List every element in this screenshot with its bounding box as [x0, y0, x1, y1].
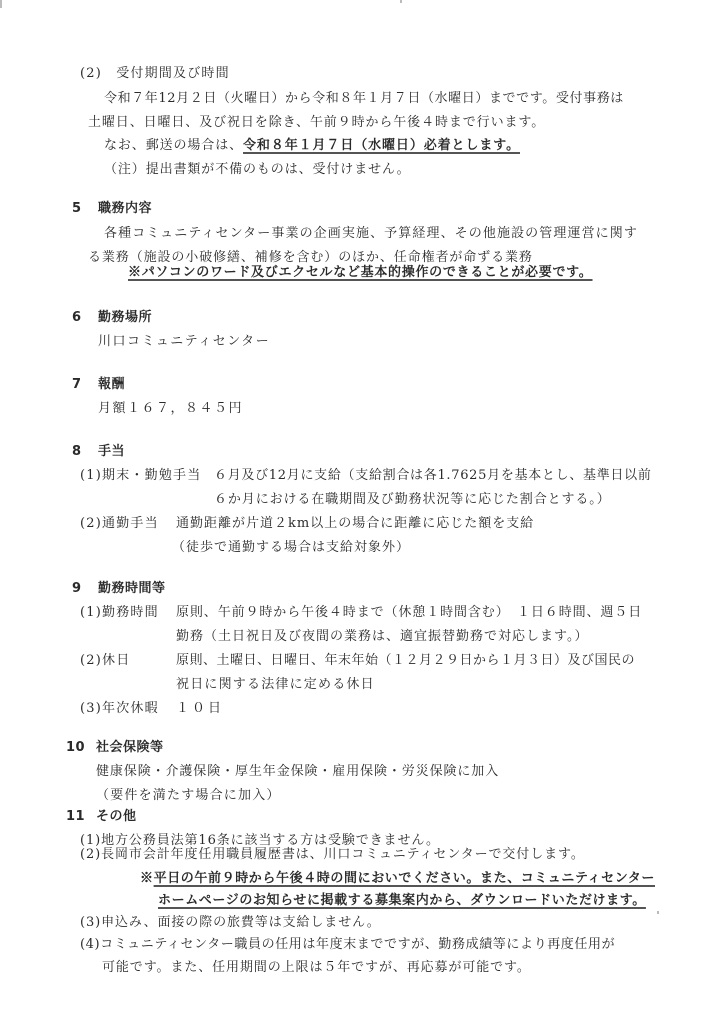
sec8-item1-line2: ６か月における在職期間及び勤務状況等に応じた割合とする。） — [214, 491, 611, 508]
sec8-item2-line1: 通勤距離が片道２km以上の場合に距離に応じた額を支給 — [176, 515, 534, 532]
sec9-item1-line2: 勤務（土日祝日及び夜間の業務は、適宜振替勤務で対応します。） — [176, 628, 588, 645]
sec4-2-deadline-emphasis: 令和８年１月７日（水曜日）必着とします。 — [243, 138, 520, 153]
sec8-item2-label: (2)通勤手当 — [80, 515, 159, 532]
sec9-item1-line1: 原則、午前９時から午後４時まで（休憩１時間含む） １日６時間、週５日 — [176, 604, 642, 621]
sec7-title: 報酬 — [98, 377, 125, 392]
scan-speck — [657, 911, 659, 914]
sec11-item2-note-line1: ※平日の午前９時から午後４時の間においでください。また、コミュニティセンター — [140, 870, 655, 887]
sec10-title: 社会保険等 — [96, 740, 164, 755]
sec9-item2-label: (2)休日 — [80, 652, 130, 669]
sec5-pc-skill-emphasis: ※パソコンのワード及びエクセルなど基本的操作のできることが必要です。 — [128, 264, 593, 281]
download-note-emphasis-1: 平日の午前９時から午後４時の間においでください。また、コミュニティセンター — [154, 871, 655, 886]
sec9-item1-label: (1)勤務時間 — [80, 604, 159, 621]
sec5-number: 5 — [72, 200, 98, 217]
sec6-title: 勤務場所 — [98, 310, 152, 325]
sec8-item2-line2: （徒歩で通勤する場合は支給対象外） — [172, 539, 410, 556]
sec11-item3: (3)申込み、面接の際の旅費等は支給しません。 — [80, 914, 381, 931]
sec9-item2-line2: 祝日に関する法律に定める休日 — [176, 676, 375, 693]
sec9-item3-label: (3)年次休暇 — [80, 700, 159, 717]
sec6-heading: 6勤務場所 — [72, 309, 152, 326]
scan-speck — [0, 0, 2, 8]
sec4-2-heading: (2) 受付期間及び時間 — [80, 65, 230, 82]
download-note-emphasis-2: ホームページのお知らせに掲載する募集案内から、ダウンロードいただけます。 — [158, 892, 646, 909]
sec5-line1: 各種コミュニティセンター事業の企画実施、予算経理、その他施設の管理運営に関す — [104, 225, 638, 242]
sec8-item1-line1: ６月及び12月に支給（支給割合は各1.7625月を基本とし、基準日以前 — [214, 467, 652, 484]
sec11-item2: (2)長岡市会計年度任用職員履歴書は、川口コミュニティセンターで交付します。 — [80, 846, 585, 863]
note-mark: ※ — [140, 871, 154, 886]
sec5-heading: 5職務内容 — [72, 200, 152, 217]
sec8-number: 8 — [72, 443, 98, 460]
sec9-item2-line1: 原則、土曜日、日曜日、年末年始（１２月２９日から１月３日）及び国民の — [176, 652, 635, 669]
sec11-number: 11 — [66, 808, 96, 825]
sec7-body: 月額１６７，８４５円 — [98, 400, 243, 417]
sec10-line1: 健康保険・介護保険・厚生年金保険・雇用保険・労災保険に加入 — [96, 763, 499, 780]
scan-speck — [400, 0, 402, 3]
sec8-heading: 8手当 — [72, 443, 125, 460]
sec4-2-line1: 令和７年12月２日（火曜日）から令和８年１月７日（水曜日）までです。受付事務は — [104, 90, 624, 107]
sec6-number: 6 — [72, 309, 98, 326]
sec10-heading: 10社会保険等 — [66, 739, 164, 756]
sec9-number: 9 — [72, 580, 98, 597]
sec4-2-line3: なお、郵送の場合は、令和８年１月７日（水曜日）必着とします。 — [104, 137, 520, 154]
sec10-number: 10 — [66, 739, 96, 756]
sec7-number: 7 — [72, 376, 98, 393]
sec9-title: 勤務時間等 — [98, 581, 166, 596]
sec11-item4-line2: 可能です。また、任用期間の上限は５年ですが、再応募が可能です。 — [102, 959, 531, 976]
sec11-title: その他 — [96, 809, 137, 824]
sec7-heading: 7報酬 — [72, 376, 125, 393]
sec4-2-note: （注）提出書類が不備のものは、受付けません。 — [104, 161, 411, 178]
sec4-2-line3-prefix: なお、郵送の場合は、 — [104, 138, 243, 153]
sec10-line2: （要件を満たす場合に加入） — [96, 787, 281, 804]
sec11-heading: 11その他 — [66, 808, 137, 825]
sec9-heading: 9勤務時間等 — [72, 580, 166, 597]
sec4-2-line2: 土曜日、日曜日、及び祝日を除き、午前９時から午後４時まで行います。 — [88, 114, 545, 131]
sec8-title: 手当 — [98, 444, 125, 459]
sec5-title: 職務内容 — [98, 201, 152, 216]
sec8-item1-label: (1)期末・勤勉手当 — [80, 467, 201, 484]
sec9-item3-line1: １０日 — [176, 700, 224, 717]
sec11-item4-line1: (4)コミュニティセンター職員の任用は年度末までですが、勤務成績等により再度任用… — [80, 936, 615, 953]
sec6-body: 川口コミュニティセンター — [98, 333, 270, 350]
